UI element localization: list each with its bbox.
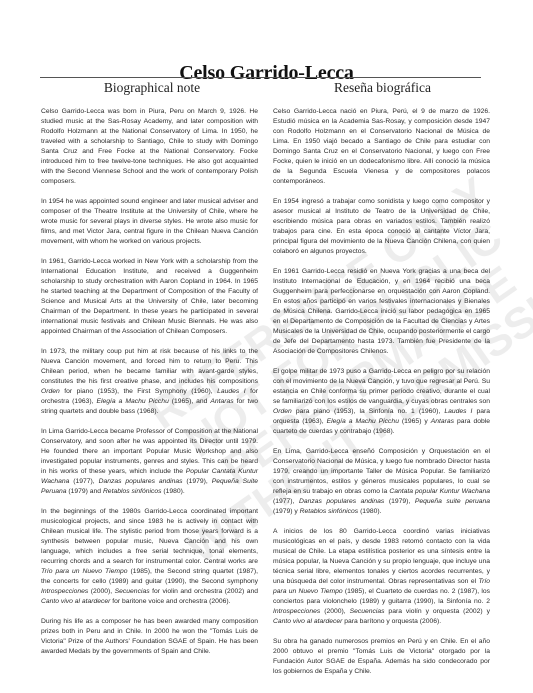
work-title: Canto vivo al atardecer [41,598,110,605]
paragraph: Celso Garrido-Lecca was born in Piura, P… [41,107,258,187]
work-title: Orden [273,408,292,415]
spanish-biography-column: Celso Garrido-Lecca nació en Piura, Perú… [273,107,490,687]
english-biography-column: Celso Garrido-Lecca was born in Piura, P… [41,107,258,667]
heading-spanish: Reseña biográfica [275,80,490,96]
work-title: Trío para un Nuevo Tiempo [41,568,127,575]
text-run: Celso Garrido-Lecca nació en Piura, Perú… [273,108,490,185]
text-run: (1977), [273,498,299,505]
work-title: Antaras [431,418,454,425]
work-title: Retablos sinfónicos [103,488,162,495]
text-run: In 1961, Garrido-Lecca worked in New Yor… [41,258,258,335]
text-run: (1965), and [169,398,211,405]
work-title: Danzas populares andinas [299,498,384,505]
text-run: Celso Garrido-Lecca was born in Piura, P… [41,108,258,185]
work-title: Laudes I [217,388,246,395]
heading-english: Biographical note [42,80,262,96]
text-run: para barítono y orquesta (2006). [342,618,441,625]
paragraph: Su obra ha ganado numerosos premios en P… [273,637,490,677]
work-title: Antaras [210,398,233,405]
text-run: for piano (1953), the First Symphony (19… [60,388,217,395]
work-title: Introspecciones [273,608,320,615]
text-run: In 1954 he was appointed sound engineer … [41,198,258,245]
paragraph: In the beginnings of the 1980s Garrido-L… [41,507,258,607]
text-run: En 1954 ingresó a trabajar como sonidist… [273,198,490,255]
title-divider [40,77,481,78]
text-run: El golpe militar de 1973 puso a Garrido-… [273,368,490,405]
text-run: (2000), [320,608,349,615]
paragraph: En 1961 Garrido-Lecca residió en Nueva Y… [273,267,490,357]
paragraph: El golpe militar de 1973 puso a Garrido-… [273,367,490,437]
paragraph: In 1961, Garrido-Lecca worked in New Yor… [41,257,258,337]
text-run: During his life as a composer he has bee… [41,618,258,655]
text-run: (2000), [88,588,114,595]
work-title: Laudes I [444,408,472,415]
text-run: (1980). [358,508,381,515]
paragraph: A inicios de los 80 Garrido-Lecca coordi… [273,527,490,627]
work-title: Orden [41,388,60,395]
work-title: Pequeña suite peruana [415,498,490,505]
text-run: (1980). [161,488,184,495]
text-run: (1979), [384,498,415,505]
work-title: Secuencias [115,588,150,595]
text-run: Su obra ha ganado numerosos premios en P… [273,638,490,675]
text-run: (1977), [69,478,98,485]
work-title: Danzas populares andinas [99,478,183,485]
text-run: para violín y orquesta (2002) y [384,608,490,615]
paragraph: Celso Garrido-Lecca nació en Piura, Perú… [273,107,490,187]
text-run: for violin and orchestra (2002) and [150,588,258,595]
work-title: Canto vivo al atardecer [273,618,342,625]
text-run: In the beginnings of the 1980s Garrido-L… [41,508,258,565]
text-run: In 1973, the military coup put him at ri… [41,348,258,385]
text-run: (1979) and [67,488,103,495]
work-title: Secuencias [350,608,385,615]
text-run: En 1961 Garrido-Lecca residió en Nueva Y… [273,268,490,355]
text-run: A inicios de los 80 Garrido-Lecca coordi… [273,528,490,585]
work-title: Retablos sinfónicos [300,508,359,515]
work-title: Introspecciones [41,588,88,595]
work-title: Cantata popular Kuntur Wachana [389,488,490,495]
paragraph: In Lima Garrido-Lecca became Professor o… [41,427,258,497]
text-run: for baritone voice and orchestra (2006). [110,598,230,605]
work-title: Elegía a Machu Picchu [96,398,168,405]
paragraph: En 1954 ingresó a trabajar como sonidist… [273,197,490,257]
text-run: (1979) y [273,508,300,515]
paragraph: During his life as a composer he has bee… [41,617,258,657]
paragraph: In 1954 he was appointed sound engineer … [41,197,258,247]
paragraph: En Lima, Garrido-Lecca enseñó Composició… [273,447,490,517]
text-run: (1965) y [399,418,431,425]
text-run: para piano (1953), la Sinfonía no. 1 (19… [292,408,445,415]
work-title: Elegía a Machu Picchu [327,418,399,425]
text-run: (1979), [183,478,212,485]
paragraph: In 1973, the military coup put him at ri… [41,347,258,417]
